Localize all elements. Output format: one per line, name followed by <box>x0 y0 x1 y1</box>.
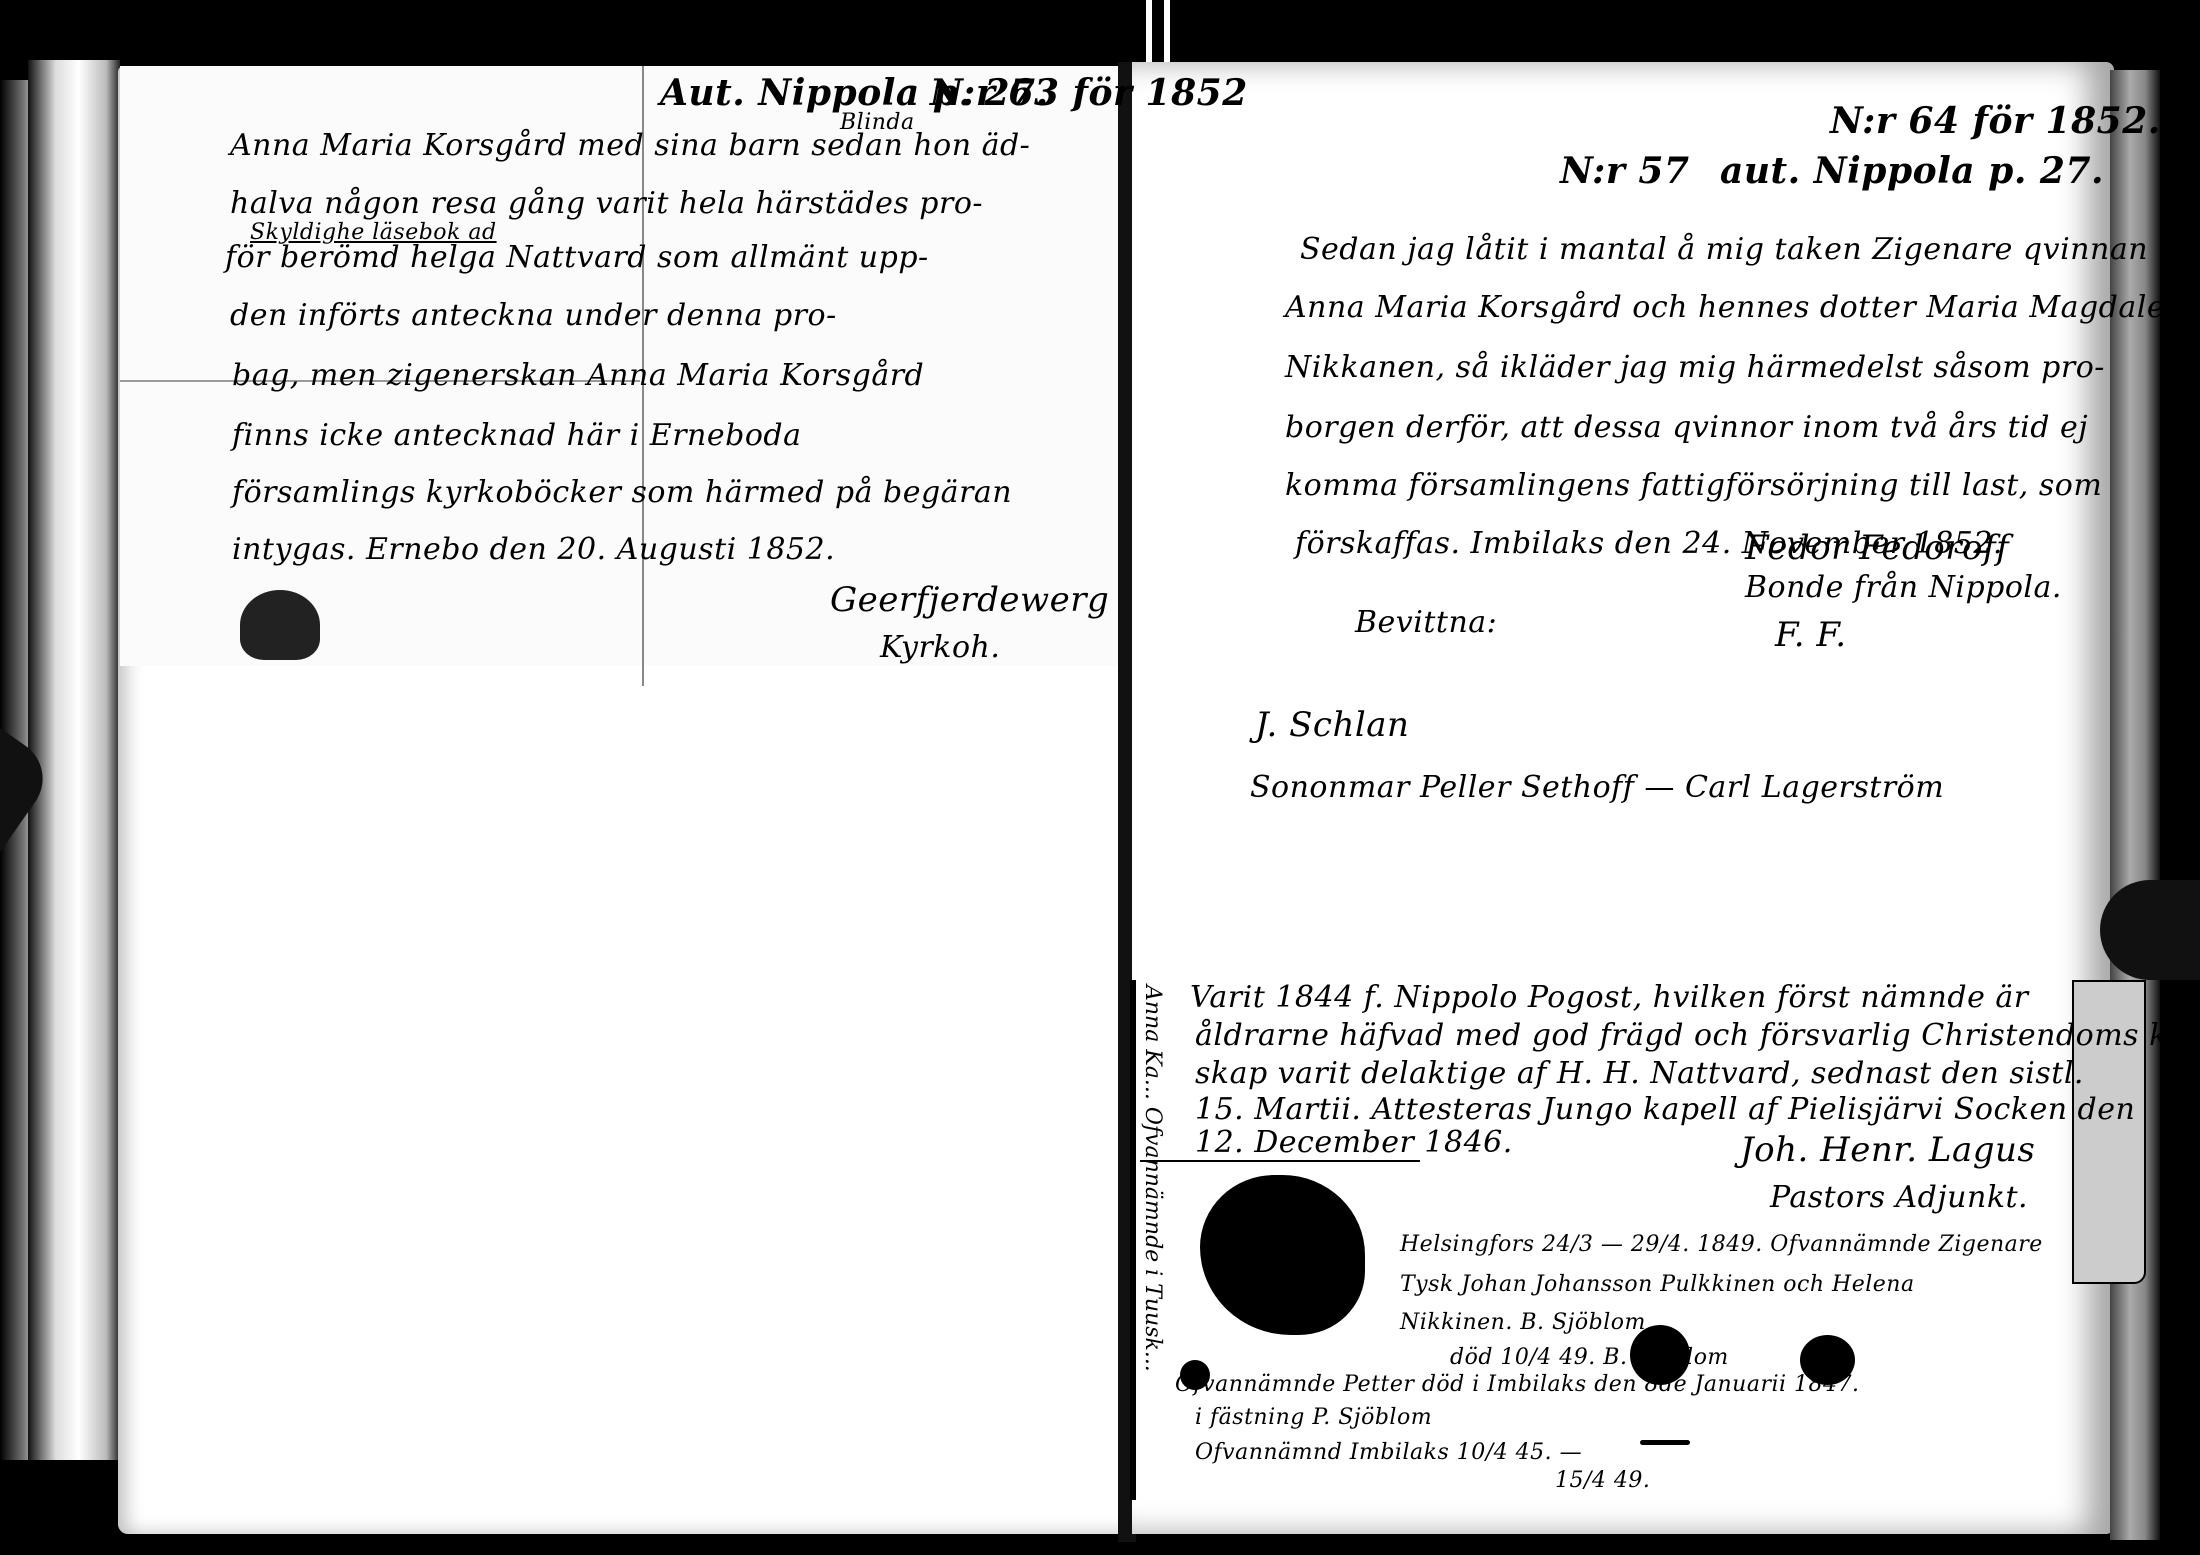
left-signature: Geerfjerdewerg <box>830 580 1109 620</box>
witness-signature: J. Schlan <box>1255 705 1409 745</box>
ink-spot <box>1800 1335 1855 1385</box>
left-line-5: bag, men zigenerskan Anna Maria Korsgård <box>232 358 924 393</box>
left-line-6: finns icke antecknad här i Erneboda <box>232 418 801 453</box>
fragment-cross-rule <box>1140 1160 1420 1162</box>
right-header-ref-right: aut. Nippola p. 27. <box>1720 150 2104 192</box>
fragment-line-1: Varit 1844 f. Nippolo Pogost, hvilken fö… <box>1190 980 2029 1015</box>
ink-dash <box>1640 1440 1690 1445</box>
right-line-2: Anna Maria Korsgård och hennes dotter Ma… <box>1285 290 2200 325</box>
witnesses-line: Sononmar Peller Sethoff — Carl Lagerströ… <box>1250 770 1944 805</box>
fragment-signature: Joh. Henr. Lagus <box>1740 1130 2035 1170</box>
note-line-5: Ofvannämnde Petter död i Imbilaks den 8d… <box>1175 1372 1860 1397</box>
left-header-number: N:r 63 för 1852 <box>930 72 1248 114</box>
left-line-1: Anna Maria Korsgård med sina barn sedan … <box>230 128 1030 163</box>
right-line-1: Sedan jag låtit i mantal å mig taken Zig… <box>1300 232 2148 267</box>
fragment-line-5: 12. December 1846. <box>1195 1125 1513 1160</box>
note-line-3: Nikkinen. B. Sjöblom <box>1400 1310 1646 1335</box>
left-line-3: för berömd helga Nattvard som allmänt up… <box>225 240 929 275</box>
right-line-4: borgen derför, att dessa qvinnor inom tv… <box>1285 410 2088 445</box>
witness-label: Bevittna: <box>1355 605 1497 640</box>
right-signature-title: Bonde från Nippola. <box>1745 570 2062 605</box>
left-signature-title: Kyrkoh. <box>880 630 1000 665</box>
left-line-2: halva någon resa gång varit hela härstäd… <box>230 186 983 221</box>
note-line-6: i fästning P. Sjöblom <box>1195 1405 1432 1430</box>
fragment-left-rule <box>1130 980 1136 1500</box>
right-line-3: Nikkanen, så ikläder jag mig härmedelst … <box>1285 350 2105 385</box>
fragment-line-3: skap varit delaktige af H. H. Nattvard, … <box>1195 1056 2084 1091</box>
left-line-7: församlings kyrkoböcker som härmed på be… <box>232 475 1012 510</box>
note-line-7: Ofvannämnd Imbilaks 10/4 45. — <box>1195 1440 1582 1465</box>
right-header-ref-left: N:r 57 <box>1560 150 1690 192</box>
left-line-4: den införts anteckna under denna pro- <box>230 298 837 333</box>
note-line-1: Helsingfors 24/3 — 29/4. 1849. Ofvannämn… <box>1400 1232 2043 1257</box>
note-line-2: Tysk Johan Johansson Pulkkinen och Helen… <box>1400 1272 1915 1297</box>
right-line-5: komma församlingens fattigförsörjning ti… <box>1285 468 2102 503</box>
right-header-number: N:r 64 för 1852. <box>1830 100 2161 142</box>
fragment-line-4: 15. Martii. Attesteras Jungo kapell af P… <box>1195 1092 2135 1127</box>
fragment-signature-title: Pastors Adjunkt. <box>1770 1180 2028 1215</box>
strap-shadow-head <box>240 590 320 660</box>
ink-spot <box>1630 1325 1690 1385</box>
page-stack-left <box>28 60 120 1460</box>
right-signature: Fedor Fedoroff <box>1745 528 2009 568</box>
left-line-8: intygas. Ernebo den 20. Augusti 1852. <box>232 532 835 567</box>
right-signature-initials: F. F. <box>1775 615 1847 655</box>
ink-spot <box>1180 1360 1210 1390</box>
fragment-line-2: åldrarne häfvad med god frägd och försva… <box>1195 1018 2200 1053</box>
note-line-8: 15/4 49. <box>1555 1468 1650 1493</box>
clip-shadow <box>2100 880 2200 980</box>
